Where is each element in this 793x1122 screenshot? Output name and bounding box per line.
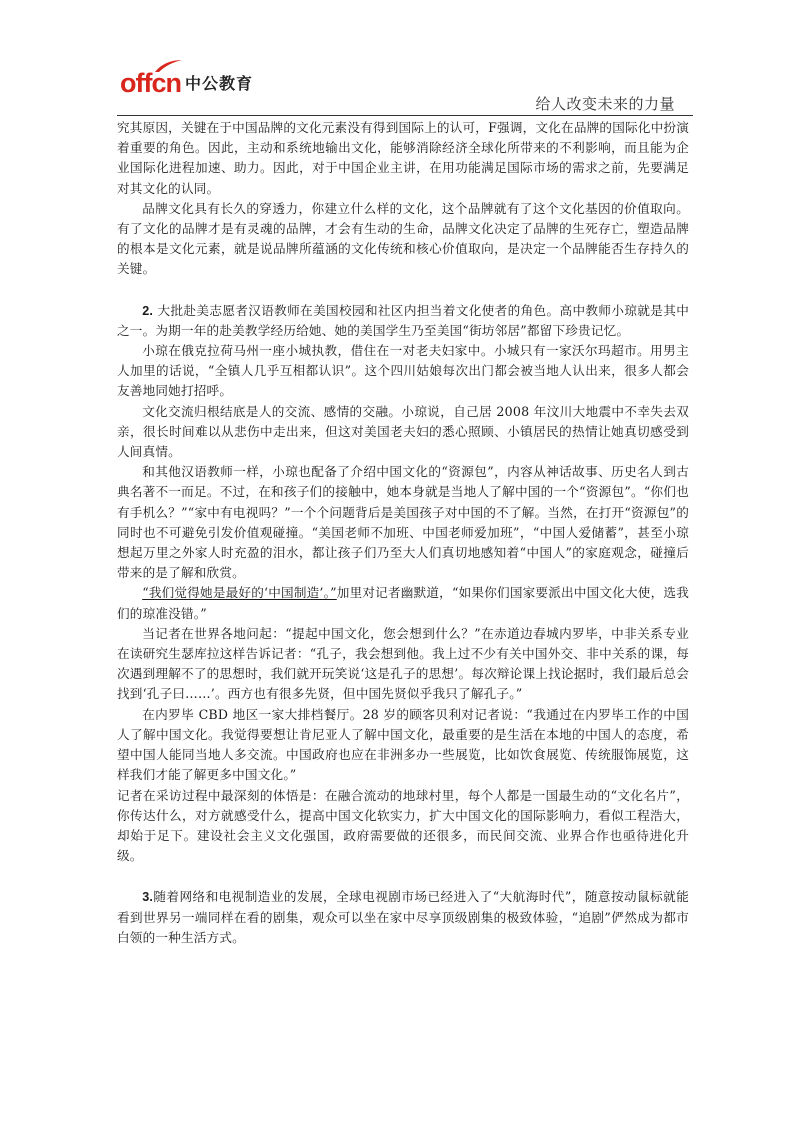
paragraph: 在内罗毕 CBD 地区一家大排档餐厅。28 岁的顾客贝利对记者说：“我通过在内罗… — [117, 705, 689, 786]
spacer — [117, 280, 689, 301]
paragraph-text: 大批赴美志愿者汉语教师在美国校园和社区内担当着文化使者的角色。高中教师小琼就是其… — [117, 303, 689, 338]
section-number: 2. — [142, 304, 153, 318]
paragraph-text: 随着网络和电视制造业的发展，全球电视剧市场已经进入了“大航海时代”，随意按动鼠标… — [117, 889, 689, 944]
document-body: 究其原因，关键在于中国品牌的文化元素没有得到国际上的认可，F强调，文化在品牌的国… — [117, 118, 689, 948]
paragraph: 究其原因，关键在于中国品牌的文化元素没有得到国际上的认可，F强调，文化在品牌的国… — [117, 118, 689, 199]
paragraph: 品牌文化具有长久的穿透力，你建立什么样的文化，这个品牌就有了这个文化基因的价值取… — [117, 199, 689, 280]
paragraph: 当记者在世界各地问起：“提起中国文化，您会想到什么？”在赤道边春城内罗毕，中非关… — [117, 624, 689, 705]
logo-chinese: 中公教育 — [185, 72, 253, 96]
paragraph: 文化交流归根结底是人的交流、感情的交融。小琼说，自己居 2008 年汶川大地震中… — [117, 402, 689, 463]
paragraph: “我们觉得她是最好的‘中国制造’。”加里对记者幽默道，“如果你们国家要派出中国文… — [117, 583, 689, 623]
offcn-logo: offcn 中公教育 — [120, 66, 253, 96]
underlined-quote: “我们觉得她是最好的‘中国制造’。” — [142, 585, 337, 600]
slogan: 给人改变未来的力量 — [535, 93, 675, 114]
section-number: 3. — [142, 890, 153, 904]
logo-swoosh-icon — [153, 59, 183, 73]
paragraph: 和其他汉语教师一样，小琼也配备了介绍中国文化的“资源包”，内容从神话故事、历史名… — [117, 462, 689, 583]
paragraph: 小琼在俄克拉荷马州一座小城执教，借住在一对老夫妇家中。小城只有一家沃尔玛超市。用… — [117, 341, 689, 402]
spacer — [117, 866, 689, 887]
section-3-intro: 3.随着网络和电视制造业的发展，全球电视剧市场已经进入了“大航海时代”，随意按动… — [117, 887, 689, 948]
page-header: offcn 中公教育 给人改变未来的力量 — [117, 62, 693, 118]
paragraph: 记者在采访过程中最深刻的体悟是：在融合流动的地球村里，每个人都是一国最生动的“文… — [117, 786, 689, 867]
logo-latin: offcn — [120, 70, 181, 96]
header-divider — [117, 115, 693, 116]
section-2-intro: 2. 大批赴美志愿者汉语教师在美国校园和社区内担当着文化使者的角色。高中教师小琼… — [117, 301, 689, 341]
